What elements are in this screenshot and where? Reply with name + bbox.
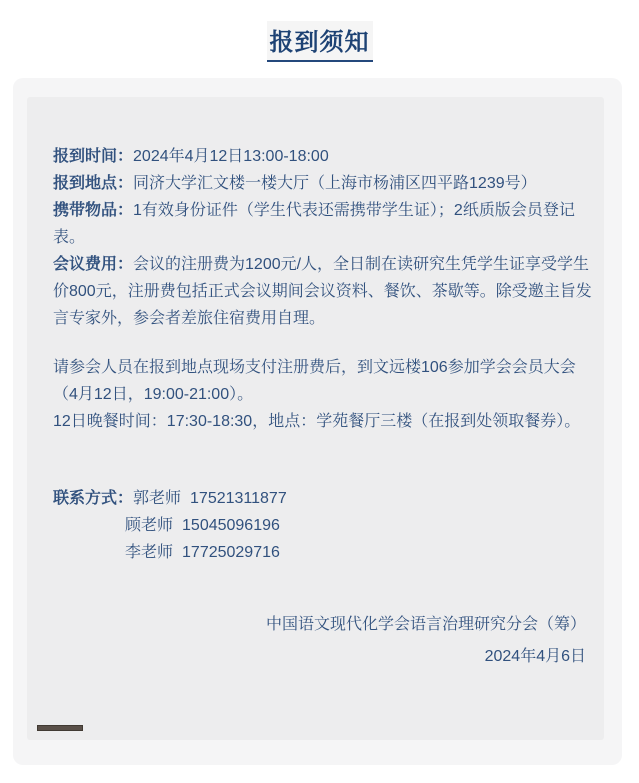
- contact-name: 李老师: [125, 544, 173, 561]
- contact-name: 顾老师: [125, 517, 173, 534]
- checkin-time-value: 2024年4月12日13:00-18:00: [133, 148, 329, 165]
- page-title-text: 报到须知: [267, 21, 373, 62]
- notice-card: 报到时间：2024年4月12日13:00-18:00 报到地点：同济大学汇文楼一…: [13, 78, 622, 765]
- contact-line: 联系方式：郭老师17521311877: [53, 485, 601, 512]
- contact-name: 郭老师: [133, 490, 181, 507]
- contacts-section: 联系方式：郭老师17521311877 顾老师15045096196 李老师17…: [53, 485, 604, 566]
- contact-line: 李老师17725029716: [53, 539, 601, 566]
- contact-line: 顾老师15045096196: [53, 512, 601, 539]
- redaction-bar: [37, 725, 83, 731]
- contact-phone: 17725029716: [182, 544, 280, 561]
- checkin-place-label: 报到地点：: [53, 175, 133, 192]
- info-line-checkin-place: 报到地点：同济大学汇文楼一楼大厅（上海市杨浦区四平路1239号）: [53, 170, 601, 197]
- checkin-place-value: 同济大学汇文楼一楼大厅（上海市杨浦区四平路1239号）: [133, 175, 537, 192]
- contact-phone: 15045096196: [182, 517, 280, 534]
- contacts-label: 联系方式：: [53, 490, 133, 507]
- info-line-items-to-bring: 携带物品：1有效身份证件（学生代表还需携带学生证）；2纸质版会员登记 表。: [53, 197, 601, 251]
- info-line-conference-fee: 会议费用：会议的注册费为1200元/人，全日制在读研究生凭学生证享受学生 价80…: [53, 251, 601, 332]
- conference-fee-value: 会议的注册费为1200元/人，全日制在读研究生凭学生证享受学生 价800元，注册…: [53, 256, 592, 327]
- items-to-bring-label: 携带物品：: [53, 202, 133, 219]
- paragraph-dinner-info: 12日晚餐时间：17:30-18:30，地点：学苑餐厅三楼（在报到处领取餐券）。: [53, 408, 601, 435]
- signature-date: 2024年4月6日: [53, 643, 586, 670]
- checkin-time-label: 报到时间：: [53, 148, 133, 165]
- notice-content: 报到时间：2024年4月12日13:00-18:00 报到地点：同济大学汇文楼一…: [27, 97, 604, 740]
- page-title: 报到须知: [0, 21, 639, 62]
- info-line-checkin-time: 报到时间：2024年4月12日13:00-18:00: [53, 143, 601, 170]
- contact-phone: 17521311877: [190, 490, 287, 507]
- signature-organization: 中国语文现代化学会语言治理研究分会（筹）: [53, 611, 586, 638]
- paragraph-payment-and-meeting: 请参会人员在报到地点现场支付注册费后，到文远楼106参加学会会员大会 （4月12…: [53, 354, 601, 408]
- conference-fee-label: 会议费用：: [53, 256, 133, 273]
